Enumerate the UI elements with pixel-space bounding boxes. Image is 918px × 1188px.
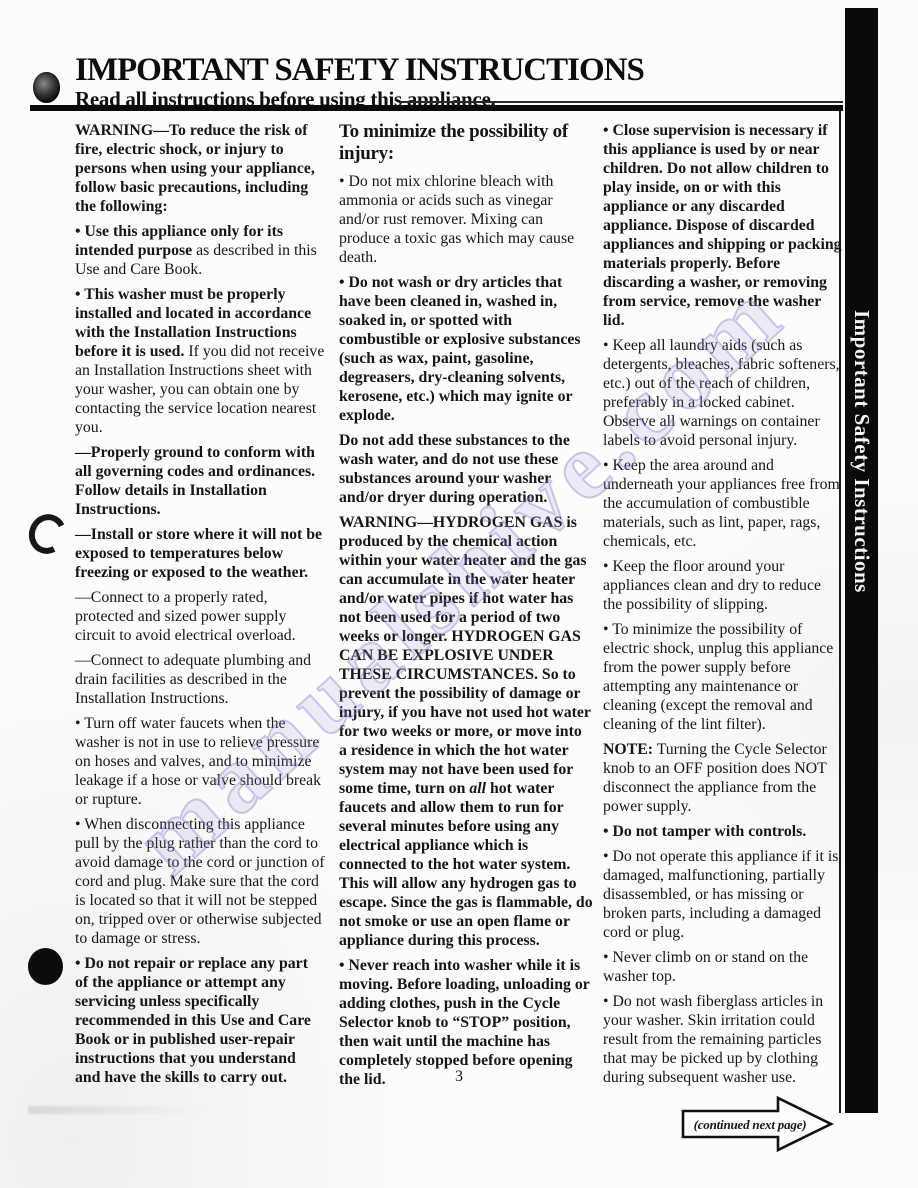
paragraph: • Close supervision is necessary if this…	[603, 121, 843, 330]
section-heading: To minimize the possibility of injury:	[339, 121, 593, 165]
text-segment: WARNING—To reduce the risk of fire, elec…	[75, 122, 315, 215]
manual-page: IMPORTANT SAFETY INSTRUCTIONS Read all i…	[0, 0, 918, 1188]
text-segment: • When disconnecting this appliance pull…	[75, 816, 325, 947]
paragraph: • Use this appliance only for its intend…	[75, 222, 325, 279]
paragraph: • Turn off water faucets when the washer…	[75, 714, 325, 809]
thumbprint-stamp-icon	[33, 72, 60, 103]
paragraph: • When disconnecting this appliance pull…	[75, 815, 325, 948]
text-segment: To minimize the possibility of injury:	[339, 121, 568, 164]
text-segment: hot water faucets and allow them to run …	[339, 780, 593, 949]
text-segment: • Keep the area around and underneath yo…	[603, 457, 840, 550]
column-right: • Close supervision is necessary if this…	[603, 121, 843, 1153]
paragraph: WARNING—To reduce the risk of fire, elec…	[75, 121, 325, 216]
page-title: IMPORTANT SAFETY INSTRUCTIONS	[75, 52, 635, 88]
paragraph: • Do not operate this appliance if it is…	[603, 847, 843, 942]
text-segment: —Connect to adequate plumbing and drain …	[75, 652, 311, 707]
continued-label: (continued next page)	[687, 1115, 813, 1134]
text-segment: Do not add these substances to the wash …	[339, 432, 570, 506]
paragraph: • Do not tamper with controls.	[603, 822, 843, 841]
paragraph: • Do not mix chlorine bleach with ammoni…	[339, 172, 593, 267]
edge-tab-label: Important Safety Instructions	[849, 310, 874, 593]
paragraph: • To minimize the possibility of electri…	[603, 620, 843, 734]
paragraph: —Connect to a properly rated, protected …	[75, 588, 325, 645]
text-segment: • Do not mix chlorine bleach with ammoni…	[339, 173, 574, 266]
paragraph: • Keep the floor around your appliances …	[603, 557, 843, 614]
text-columns: WARNING—To reduce the risk of fire, elec…	[75, 121, 843, 1153]
text-segment: • Do not wash or dry articles that have …	[339, 274, 581, 424]
text-segment: • Do not operate this appliance if it is…	[603, 848, 838, 941]
text-segment: WARNING—HYDROGEN GAS is produced by the …	[339, 514, 591, 797]
text-segment: • Keep all laundry aids (such as deterge…	[603, 337, 840, 449]
text-segment: —Connect to a properly rated, protected …	[75, 589, 296, 644]
column-middle: To minimize the possibility of injury:• …	[339, 121, 593, 1153]
paragraph: • This washer must be properly installed…	[75, 285, 325, 437]
page-number: 3	[75, 1068, 843, 1086]
ink-dot-icon	[28, 948, 63, 985]
text-segment: • Turn off water faucets when the washer…	[75, 715, 321, 808]
text-segment: • Do not repair or replace any part of t…	[75, 955, 311, 1086]
paragraph: —Connect to adequate plumbing and drain …	[75, 651, 325, 708]
paragraph: —Properly ground to conform with all gov…	[75, 443, 325, 519]
continued-arrow-icon: (continued next page)	[681, 1095, 835, 1153]
text-segment: • Close supervision is necessary if this…	[603, 122, 842, 329]
text-segment: —Install or store where it will not be e…	[75, 526, 322, 581]
header-rule-thin	[400, 101, 843, 103]
text-segment: • To minimize the possibility of electri…	[603, 621, 833, 733]
text-segment: NOTE:	[603, 741, 653, 758]
text-segment: • Do not tamper with controls.	[603, 823, 806, 840]
text-segment: all	[469, 780, 486, 797]
paragraph: • Keep the area around and underneath yo…	[603, 456, 843, 551]
text-segment: • Never climb on or stand on the washer …	[603, 949, 808, 985]
edge-tab: Important Safety Instructions	[845, 8, 878, 1113]
paragraph: • Keep all laundry aids (such as deterge…	[603, 336, 843, 450]
paragraph: • Do not wash or dry articles that have …	[339, 273, 593, 425]
text-segment: —Properly ground to conform with all gov…	[75, 444, 315, 518]
paragraph: WARNING—HYDROGEN GAS is produced by the …	[339, 513, 593, 950]
ring-stain-icon	[24, 509, 72, 558]
paragraph: Do not add these substances to the wash …	[339, 431, 593, 507]
paragraph: —Install or store where it will not be e…	[75, 525, 325, 582]
header-rule	[30, 105, 843, 111]
paragraph: NOTE: Turning the Cycle Selector knob to…	[603, 740, 843, 816]
paragraph: • Never climb on or stand on the washer …	[603, 948, 843, 986]
column-left: WARNING—To reduce the risk of fire, elec…	[75, 121, 325, 1153]
text-segment: • Keep the floor around your appliances …	[603, 558, 821, 613]
